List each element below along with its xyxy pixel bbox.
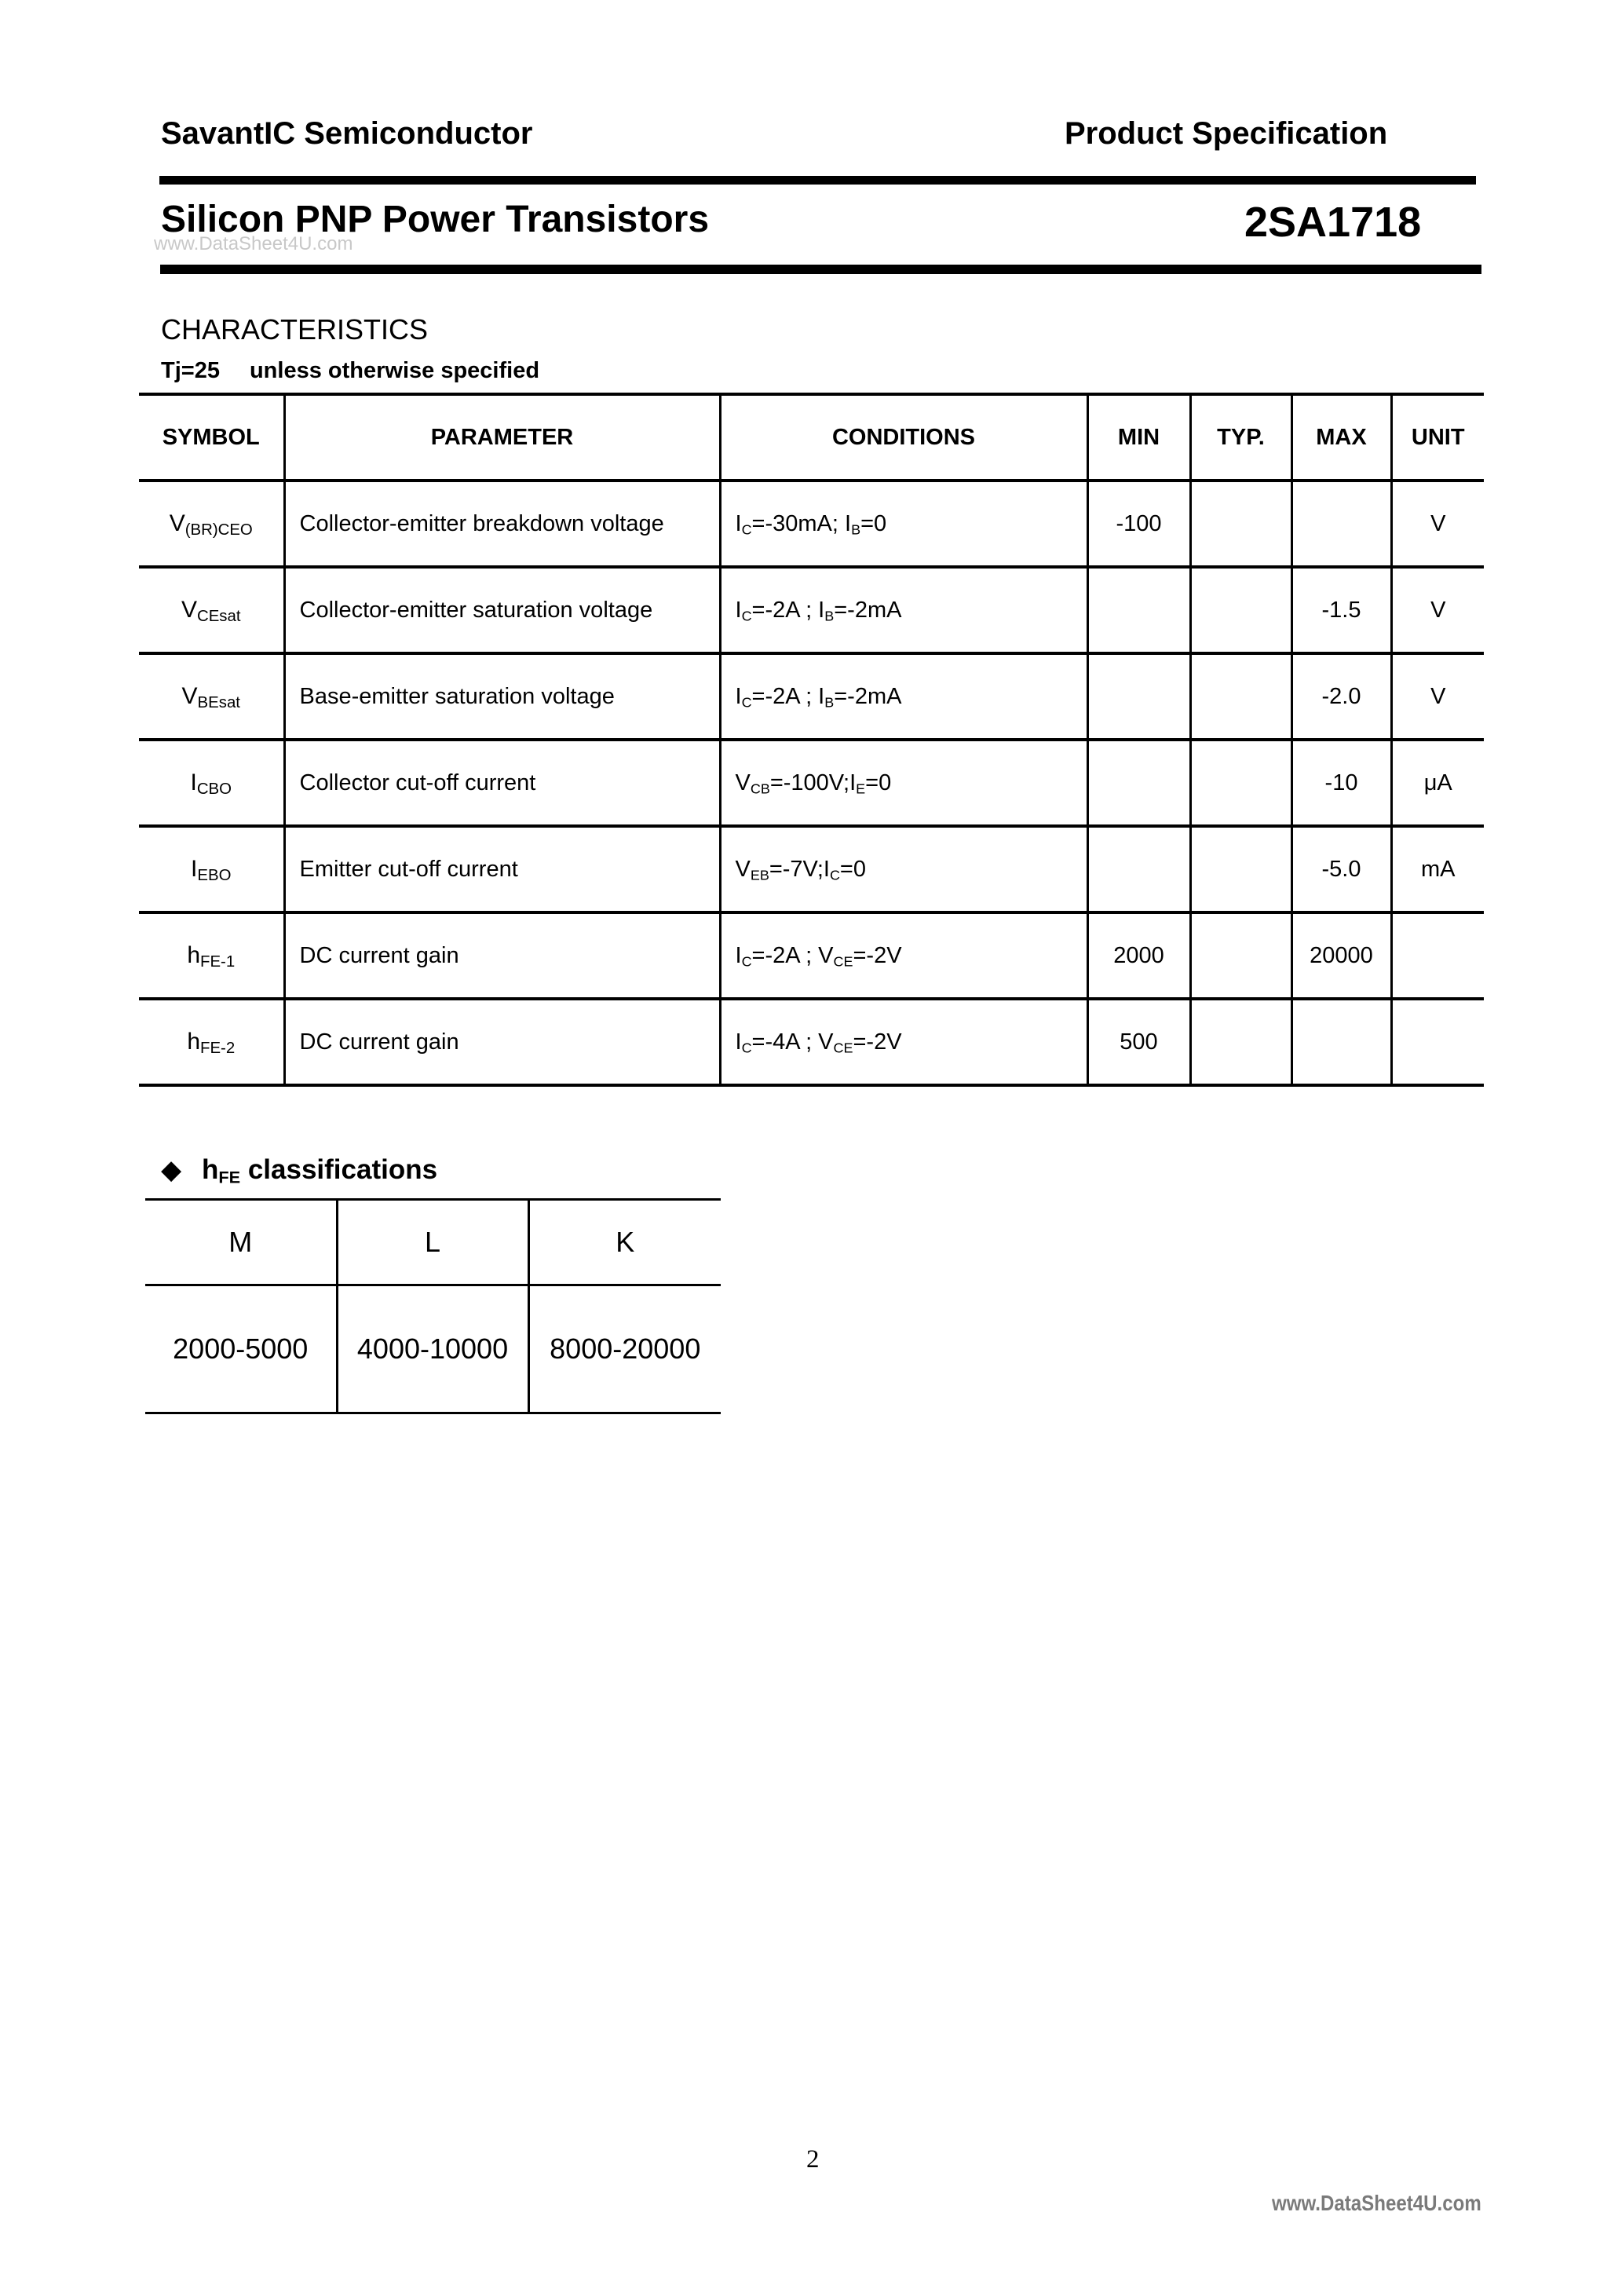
symbol-subscript: (BR)CEO — [185, 521, 253, 539]
characteristics-table: SYMBOL PARAMETER CONDITIONS MIN TYP. MAX… — [139, 393, 1484, 1087]
column-header-max: MAX — [1291, 394, 1391, 481]
cell-symbol: V(BR)CEO — [139, 481, 284, 567]
cell-min — [1087, 740, 1190, 826]
condition-prefix: Tj=25 — [161, 358, 220, 383]
company-name: SavantIC Semiconductor — [161, 116, 532, 152]
condition-subscript: CE — [834, 953, 853, 969]
cell-unit — [1391, 912, 1484, 999]
watermark-footer: www.DataSheet4U.com — [1272, 2191, 1481, 2216]
symbol-subscript: CEsat — [197, 608, 241, 625]
condition-text: =-2mA — [834, 684, 901, 709]
condition-text: =-30mA; I — [752, 511, 852, 536]
symbol-subscript: FE-1 — [200, 953, 235, 971]
cell-min — [1087, 567, 1190, 653]
hfe-rank: L — [337, 1200, 528, 1285]
cell-max: -2.0 — [1291, 653, 1391, 740]
cell-unit: μA — [1391, 740, 1484, 826]
header-rule-top — [159, 176, 1476, 185]
column-header-typ: TYP. — [1190, 394, 1291, 481]
hfe-rank-row: M L K — [145, 1200, 721, 1285]
cell-unit: V — [1391, 567, 1484, 653]
table-row: VCEsatCollector-emitter saturation volta… — [139, 567, 1484, 653]
cell-min: 2000 — [1087, 912, 1190, 999]
hfe-rank: K — [528, 1200, 721, 1285]
cell-typ — [1190, 653, 1291, 740]
condition-subscript: E — [856, 781, 865, 796]
cell-conditions: IC=-4A ; VCE=-2V — [720, 999, 1087, 1085]
cell-conditions: IC=-2A ; IB=-2mA — [720, 567, 1087, 653]
cell-symbol: hFE-1 — [139, 912, 284, 999]
cell-min: 500 — [1087, 999, 1190, 1085]
condition-text: =-2V — [853, 1029, 902, 1055]
condition-text: I — [736, 1029, 742, 1055]
cell-unit — [1391, 999, 1484, 1085]
table-row: ICBOCollector cut-off currentVCB=-100V;I… — [139, 740, 1484, 826]
hfe-title-rest: classifications — [240, 1154, 437, 1185]
condition-text: =-2V — [853, 943, 902, 968]
cell-symbol: VBEsat — [139, 653, 284, 740]
condition-text: =-4A ; V — [752, 1029, 834, 1055]
cell-symbol: VCEsat — [139, 567, 284, 653]
cell-symbol: ICBO — [139, 740, 284, 826]
column-header-min: MIN — [1087, 394, 1190, 481]
condition-subscript: B — [824, 608, 834, 623]
condition-subscript: C — [742, 608, 752, 623]
table-row: VBEsatBase-emitter saturation voltageIC=… — [139, 653, 1484, 740]
cell-parameter: DC current gain — [284, 912, 720, 999]
document-type: Product Specification — [1065, 116, 1387, 152]
header-rule-bottom — [160, 265, 1481, 274]
hfe-title-main: h — [202, 1154, 218, 1185]
condition-subscript: C — [742, 521, 752, 537]
diamond-bullet-icon: ◆ — [161, 1154, 202, 1186]
cell-parameter: Collector-emitter saturation voltage — [284, 567, 720, 653]
condition-text: I — [736, 511, 742, 536]
cell-typ — [1190, 740, 1291, 826]
symbol-main: h — [187, 942, 200, 968]
hfe-title-sub: FE — [218, 1167, 240, 1186]
table-row: V(BR)CEOCollector-emitter breakdown volt… — [139, 481, 1484, 567]
cell-conditions: IC=-2A ; IB=-2mA — [720, 653, 1087, 740]
cell-max: -10 — [1291, 740, 1391, 826]
cell-typ — [1190, 999, 1291, 1085]
cell-max: 20000 — [1291, 912, 1391, 999]
cell-unit: V — [1391, 481, 1484, 567]
hfe-range: 4000-10000 — [337, 1285, 528, 1413]
cell-parameter: Collector cut-off current — [284, 740, 720, 826]
hfe-range: 8000-20000 — [528, 1285, 721, 1413]
cell-symbol: IEBO — [139, 826, 284, 912]
cell-typ — [1190, 826, 1291, 912]
symbol-subscript: BEsat — [198, 694, 240, 711]
table-row: hFE-2DC current gainIC=-4A ; VCE=-2V500 — [139, 999, 1484, 1085]
page-number: 2 — [806, 2145, 820, 2174]
condition-text: =-2A ; V — [752, 943, 834, 968]
condition-text: =0 — [865, 770, 891, 795]
cell-min — [1087, 826, 1190, 912]
cell-unit: V — [1391, 653, 1484, 740]
symbol-main: V — [170, 510, 185, 536]
cell-max — [1291, 999, 1391, 1085]
cell-parameter: DC current gain — [284, 999, 720, 1085]
condition-text: =-100V;I — [770, 770, 856, 795]
symbol-main: V — [182, 683, 198, 709]
cell-parameter: Base-emitter saturation voltage — [284, 653, 720, 740]
section-title: CHARACTERISTICS — [161, 313, 428, 346]
hfe-range-row: 2000-5000 4000-10000 8000-20000 — [145, 1285, 721, 1413]
cell-typ — [1190, 481, 1291, 567]
cell-conditions: VCB=-100V;IE=0 — [720, 740, 1087, 826]
condition-subscript: CE — [834, 1040, 853, 1055]
condition-text: I — [736, 598, 742, 623]
condition-subscript: B — [824, 694, 834, 710]
symbol-main: h — [187, 1029, 200, 1055]
condition-subscript: C — [742, 1040, 752, 1055]
cell-conditions: IC=-2A ; VCE=-2V — [720, 912, 1087, 999]
table-row: hFE-1DC current gainIC=-2A ; VCE=-2V2000… — [139, 912, 1484, 999]
symbol-main: V — [181, 597, 197, 623]
condition-text: =0 — [860, 511, 886, 536]
cell-min: -100 — [1087, 481, 1190, 567]
cell-max: -5.0 — [1291, 826, 1391, 912]
condition-text: =-2mA — [834, 598, 901, 623]
hfe-rank: M — [145, 1200, 337, 1285]
cell-typ — [1190, 912, 1291, 999]
condition-text: V — [736, 770, 751, 795]
hfe-classifications-heading: ◆hFE classifications — [161, 1154, 437, 1186]
cell-typ — [1190, 567, 1291, 653]
watermark-header: www.DataSheet4U.com — [154, 233, 353, 255]
condition-text: =0 — [840, 857, 866, 882]
condition-text: =-2A ; I — [752, 598, 825, 623]
column-header-conditions: CONDITIONS — [720, 394, 1087, 481]
condition-text: =-2A ; I — [752, 684, 825, 709]
hfe-classifications-table: M L K 2000-5000 4000-10000 8000-20000 — [145, 1198, 721, 1414]
condition-text: I — [736, 943, 742, 968]
condition-subscript: C — [742, 953, 752, 969]
cell-max: -1.5 — [1291, 567, 1391, 653]
condition-text: =-7V;I — [769, 857, 830, 882]
condition-text: V — [736, 857, 751, 882]
condition-subscript: C — [830, 867, 840, 883]
symbol-subscript: FE-2 — [200, 1040, 235, 1057]
cell-min — [1087, 653, 1190, 740]
condition-subscript: B — [851, 521, 860, 537]
table-header-row: SYMBOL PARAMETER CONDITIONS MIN TYP. MAX… — [139, 394, 1484, 481]
cell-max — [1291, 481, 1391, 567]
condition-text: unless otherwise specified — [250, 358, 539, 383]
symbol-subscript: EBO — [197, 867, 231, 884]
cell-symbol: hFE-2 — [139, 999, 284, 1085]
cell-parameter: Collector-emitter breakdown voltage — [284, 481, 720, 567]
cell-conditions: IC=-30mA; IB=0 — [720, 481, 1087, 567]
condition-subscript: EB — [751, 867, 769, 883]
symbol-main: I — [190, 770, 196, 795]
condition-subscript: CB — [751, 781, 770, 796]
hfe-range: 2000-5000 — [145, 1285, 337, 1413]
condition-text: I — [736, 684, 742, 709]
column-header-parameter: PARAMETER — [284, 394, 720, 481]
section-condition: Tj=25unless otherwise specified — [161, 358, 539, 384]
column-header-unit: UNIT — [1391, 394, 1484, 481]
table-row: IEBOEmitter cut-off currentVEB=-7V;IC=0-… — [139, 826, 1484, 912]
part-number: 2SA1718 — [1244, 198, 1421, 247]
condition-subscript: C — [742, 694, 752, 710]
symbol-subscript: CBO — [197, 781, 232, 798]
column-header-symbol: SYMBOL — [139, 394, 284, 481]
cell-parameter: Emitter cut-off current — [284, 826, 720, 912]
cell-unit: mA — [1391, 826, 1484, 912]
cell-conditions: VEB=-7V;IC=0 — [720, 826, 1087, 912]
